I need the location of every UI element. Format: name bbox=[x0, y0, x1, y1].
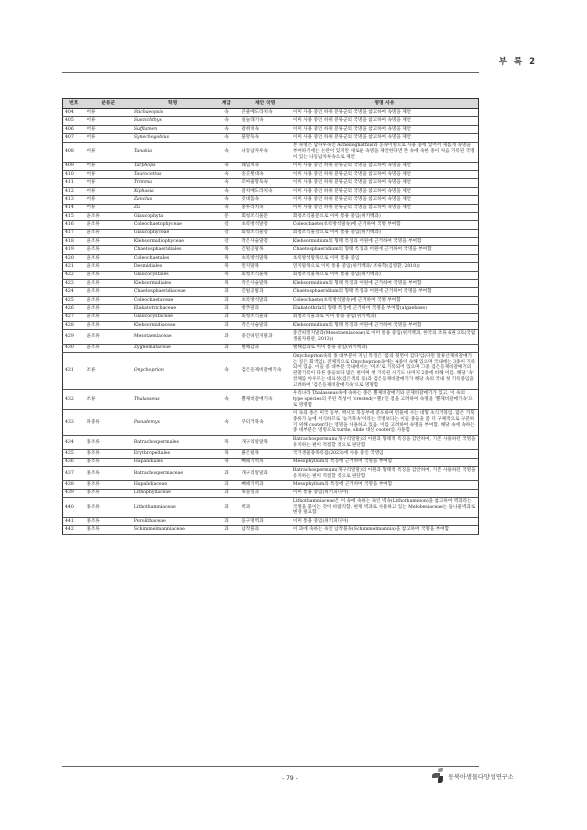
row-korean-name: 개구리알말목 bbox=[239, 436, 291, 450]
row-rank: 속 bbox=[214, 134, 240, 142]
row-number: 435 bbox=[63, 450, 85, 458]
row-scientific-name: Porolithaceae bbox=[132, 518, 214, 526]
organization-name: 동북아생물다양성연구소 bbox=[448, 772, 514, 781]
row-group: 윤조류 bbox=[85, 263, 132, 271]
row-rank: 속 bbox=[214, 410, 240, 436]
row-reason: 중간띠먼지말과(Mesotaeniaceae)로 이미 통용 중임(위키백과, … bbox=[291, 330, 479, 344]
row-reason: 먼지말목으로 이미 통용 중임(위키백과/ 조류학(김영환, 2010)) bbox=[291, 263, 479, 271]
row-scientific-name: Mesotaeniaceae bbox=[132, 330, 214, 344]
row-reason: 초록방석말목으로 이미 통용 중임 bbox=[291, 254, 479, 262]
row-number: 438 bbox=[63, 481, 85, 489]
row-number: 431 bbox=[63, 352, 85, 389]
row-reason: 이미 통용 중임(위키피디아) bbox=[291, 489, 479, 497]
row-reason: 이미 사용 중인 하위 분류군의 국명을 참고하여 속명을 제안 bbox=[291, 170, 479, 178]
row-scientific-name: Zygnemataceae bbox=[132, 344, 214, 352]
table-row: 431조류Onychoprion속검은등제비갈매기속Onychoprion속의 … bbox=[63, 352, 479, 389]
row-korean-name: 방추말과 bbox=[239, 305, 291, 313]
row-number: 429 bbox=[63, 330, 85, 344]
table-row: 414어류Zu속홍투라치속이미 사용 중인 하위 분류군의 국명을 참고하여 속… bbox=[63, 204, 479, 212]
row-group: 윤조류 bbox=[85, 254, 132, 262]
row-korean-name: 갈쥐치속 bbox=[239, 125, 291, 133]
row-group: 홍조류 bbox=[85, 518, 132, 526]
row-reason: 이미 사용 중인 하위 분류군의 국명을 참고하여 속명을 제안 bbox=[291, 196, 479, 204]
row-reason: 이미 사용 중인 하위 분류군의 국명을 참고하여 속명을 제안 bbox=[291, 125, 479, 133]
table-row: 429윤조류Mesotaeniaceae과중간띠먼지말과중간띠먼지말과(Meso… bbox=[63, 330, 479, 344]
row-rank: 과 bbox=[214, 344, 240, 352]
row-scientific-name: Klebsormidiaceae bbox=[132, 321, 214, 329]
row-rank: 목 bbox=[214, 246, 240, 254]
row-korean-name: 개구리알말과 bbox=[239, 467, 291, 481]
col-rank: 계급 bbox=[214, 99, 240, 109]
row-rank: 목 bbox=[214, 436, 240, 450]
row-scientific-name: Schimmelmanniaceae bbox=[132, 526, 214, 534]
row-group: 홍조류 bbox=[85, 481, 132, 489]
row-korean-name: 작은사슬말목 bbox=[239, 280, 291, 288]
row-reason: Klebsormidium의 형태 특징과 어원에 근거하여 국명을 부여함 bbox=[291, 238, 479, 246]
table-row: 441홍조류Porolithaceae과돌구멍벽과이미 통용 중임(위키피디아) bbox=[63, 518, 479, 526]
row-number: 422 bbox=[63, 271, 85, 279]
row-number: 427 bbox=[63, 313, 85, 321]
row-rank: 속 bbox=[214, 142, 240, 162]
row-number: 404 bbox=[63, 109, 85, 117]
row-scientific-name: Desmidiales bbox=[132, 263, 214, 271]
row-rank: 과 bbox=[214, 296, 240, 304]
row-group: 윤조류 bbox=[85, 246, 132, 254]
table-row: 437홍조류Batrachospermaceae과개구리알말과Batrachos… bbox=[63, 467, 479, 481]
row-group: 윤조류 bbox=[85, 305, 132, 313]
row-group: 홍조류 bbox=[85, 436, 132, 450]
table-row: 405어류Suezichthys속실놀래기속이미 사용 중인 하위 분류군의 국… bbox=[63, 117, 479, 125]
row-group: 윤조류 bbox=[85, 344, 132, 352]
row-number: 410 bbox=[63, 170, 85, 178]
col-group: 분류군 bbox=[85, 99, 132, 109]
row-reason: 이미 사용 중인 하위 분류군의 국명을 참고하여 속명을 제안 bbox=[291, 134, 479, 142]
row-group: 조류 bbox=[85, 390, 132, 410]
row-reason: 회청조식물강으로 이미 통용 중임(위키백과) bbox=[291, 229, 479, 237]
row-number: 423 bbox=[63, 280, 85, 288]
row-group: 윤조류 bbox=[85, 221, 132, 229]
row-rank: 목 bbox=[214, 271, 240, 279]
row-scientific-name: Taurocottus bbox=[132, 170, 214, 178]
row-number: 408 bbox=[63, 142, 85, 162]
row-korean-name: 회청조식물문 bbox=[239, 212, 291, 220]
row-number: 426 bbox=[63, 305, 85, 313]
row-korean-name: 혹돌잎과 bbox=[239, 489, 291, 497]
row-reason: 이미 사용 중인 하위 분류군의 국명을 참고하여 속명을 제안 bbox=[291, 187, 479, 195]
row-number: 412 bbox=[63, 187, 85, 195]
row-korean-name: 먼지말목 bbox=[239, 263, 291, 271]
table-row: 406어류Sufflamen속갈쥐치속이미 사용 중인 하위 분류군의 국명을 … bbox=[63, 125, 479, 133]
row-group: 윤조류 bbox=[85, 280, 132, 288]
row-scientific-name: Coleochaetales bbox=[132, 254, 214, 262]
row-number: 414 bbox=[63, 204, 85, 212]
row-group: 윤조류 bbox=[85, 271, 132, 279]
row-reason: Chaetosphaeridium의 형태 특징과 어원에 근거하여 국명을 부… bbox=[291, 288, 479, 296]
row-number: 413 bbox=[63, 196, 85, 204]
row-rank: 과 bbox=[214, 313, 240, 321]
row-korean-name: 깃대돔속 bbox=[239, 196, 291, 204]
row-scientific-name: Chaetosphaeridiales bbox=[132, 246, 214, 254]
row-reason: Klebsormidium의 형태 특징과 어원에 근거하여 국명을 부여함 bbox=[291, 280, 479, 288]
row-scientific-name: Onychoprion bbox=[132, 352, 214, 389]
table-row: 439홍조류Lithophyllaceae과혹돌잎과이미 통용 중임(위키피디아… bbox=[63, 489, 479, 497]
row-scientific-name: Lithothamniaceae bbox=[132, 498, 214, 518]
row-korean-name: 중간띠먼지말과 bbox=[239, 330, 291, 344]
row-group: 윤조류 bbox=[85, 321, 132, 329]
row-rank: 과 bbox=[214, 305, 240, 313]
row-korean-name: 회청조식물강 bbox=[239, 229, 291, 237]
row-group: 윤조류 bbox=[85, 238, 132, 246]
row-reason: Coleochaete(초록방석말속)에 근거하여 국명 부여함 bbox=[291, 296, 479, 304]
table-row: 418윤조류Klebsormidiophyceae강작은사슬말강Klebsorm… bbox=[63, 238, 479, 246]
row-number: 406 bbox=[63, 125, 85, 133]
row-scientific-name: Glaucophyta bbox=[132, 212, 214, 220]
row-rank: 속 bbox=[214, 179, 240, 187]
row-rank: 강 bbox=[214, 238, 240, 246]
row-number: 437 bbox=[63, 467, 85, 481]
row-scientific-name: Coleochaetophyceae bbox=[132, 221, 214, 229]
row-reason: Batrachospermum(개구리알말)의 어원과 형태적 특징을 감안하여… bbox=[291, 436, 479, 450]
row-number: 425 bbox=[63, 296, 85, 304]
table-row: 427윤조류Glaucocystaceae과회청조식물과회청조식물과로 이미 통… bbox=[63, 313, 479, 321]
table-row: 410어류Taurocottus속송곳횟대속이미 사용 중인 하위 분류군의 국… bbox=[63, 170, 479, 178]
row-group: 홍조류 bbox=[85, 450, 132, 458]
row-scientific-name: Suezichthys bbox=[132, 117, 214, 125]
table-row: 424윤조류Chaetosphaeridiaceae과긴털공말과Chaetosp… bbox=[63, 288, 479, 296]
row-number: 407 bbox=[63, 134, 85, 142]
row-reason: 이미 사용 중인 하위 분류군의 국명을 참고하여 속명을 제안 bbox=[291, 109, 479, 117]
row-reason: 본 속명은 납자루속인 Acheilognathus와 동속이명으로 사용 중에… bbox=[291, 142, 479, 162]
row-korean-name: 뿔제비갈매기속 bbox=[239, 390, 291, 410]
row-rank: 과 bbox=[214, 321, 240, 329]
row-rank: 과 bbox=[214, 467, 240, 481]
row-korean-name: 홍투라치속 bbox=[239, 204, 291, 212]
row-scientific-name: Batrachospermales bbox=[132, 436, 214, 450]
row-korean-name: 초록방석말목 bbox=[239, 254, 291, 262]
row-group: 어류 bbox=[85, 142, 132, 162]
row-rank: 목 bbox=[214, 263, 240, 271]
row-korean-name: 긴털공말과 bbox=[239, 288, 291, 296]
section-label: 부 록 2 bbox=[499, 55, 537, 67]
row-rank: 과 bbox=[214, 489, 240, 497]
row-rank: 속 bbox=[214, 196, 240, 204]
row-scientific-name: Synechogobius bbox=[132, 134, 214, 142]
row-number: 411 bbox=[63, 179, 85, 187]
row-number: 442 bbox=[63, 526, 85, 534]
row-group: 파충류 bbox=[85, 410, 132, 436]
row-number: 417 bbox=[63, 229, 85, 237]
row-rank: 목 bbox=[214, 254, 240, 262]
row-korean-name: 초록방석말강 bbox=[239, 221, 291, 229]
row-korean-name: 갈치베도라치속 bbox=[239, 187, 291, 195]
row-group: 어류 bbox=[85, 170, 132, 178]
table-row: 422윤조류Glaucocystales목회청조식물목회청조식물목으로 이미 통… bbox=[63, 271, 479, 279]
table-row: 419윤조류Chaetosphaeridiales목긴털공말목Chaetosph… bbox=[63, 246, 479, 254]
table-row: 407어류Synechogobius속풀망둑속이미 사용 중인 하위 분류군의 … bbox=[63, 134, 479, 142]
row-korean-name: 실놀래기속 bbox=[239, 117, 291, 125]
row-number: 440 bbox=[63, 498, 85, 518]
row-rank: 속 bbox=[214, 170, 240, 178]
row-reason: 이미 사용 중인 하위 분류군의 국명을 참고하여 속명을 제안 bbox=[291, 204, 479, 212]
row-rank: 속 bbox=[214, 109, 240, 117]
row-group: 홍조류 bbox=[85, 467, 132, 481]
row-group: 어류 bbox=[85, 179, 132, 187]
row-number: 441 bbox=[63, 518, 85, 526]
row-reason: 이미 사용 중인 하위 분류군의 국명을 참고하여 속명을 제안 bbox=[291, 179, 479, 187]
row-rank: 속 bbox=[214, 352, 240, 389]
row-rank: 과 bbox=[214, 518, 240, 526]
row-korean-name: 뻬떼기벽목 bbox=[239, 458, 291, 466]
row-scientific-name: Glaucophyceae bbox=[132, 229, 214, 237]
table-header-row: 번호 분류군 학명 계급 제안 국명 명명 사유 bbox=[63, 99, 479, 109]
table-row: 408어류Tanakia속나동납자루속본 속명은 납자루속인 Acheilogn… bbox=[63, 142, 479, 162]
row-reason: Coleochaete(초록방석말속)에 근거하여 국명 부여함 bbox=[291, 221, 479, 229]
row-reason: Chaetosphaeridium의 형태 특징과 어원에 근거하여 국명을 부… bbox=[291, 246, 479, 254]
row-rank: 목 bbox=[214, 280, 240, 288]
row-group: 홍조류 bbox=[85, 498, 132, 518]
row-group: 어류 bbox=[85, 187, 132, 195]
row-group: 홍조류 bbox=[85, 526, 132, 534]
row-reason: Mesophyllum의 특징에 근거하여 국명을 부여함 bbox=[291, 458, 479, 466]
row-scientific-name: Tanakia bbox=[132, 142, 214, 162]
row-korean-name: 쿠터거북속 bbox=[239, 410, 291, 436]
row-korean-name: 작은사슬말과 bbox=[239, 321, 291, 329]
row-korean-name: 송곳횟대속 bbox=[239, 170, 291, 178]
row-scientific-name: Coleochaetaceae bbox=[132, 296, 214, 304]
row-rank: 과 bbox=[214, 526, 240, 534]
row-reason: 국가생물종목록집(2023)에 사용 중인 국명임 bbox=[291, 450, 479, 458]
row-korean-name: 붉은털목 bbox=[239, 450, 291, 458]
row-korean-name: 풀망둑속 bbox=[239, 134, 291, 142]
col-naming-reason: 명명 사유 bbox=[291, 99, 479, 109]
row-korean-name: 큰줄베도라치속 bbox=[239, 109, 291, 117]
row-scientific-name: Thalasseus bbox=[132, 390, 214, 410]
row-scientific-name: Glaucocystaceae bbox=[132, 313, 214, 321]
table-row: 433파충류Pseudemys속쿠터거북속이 속의 종은 미국 동부, 멕시코 … bbox=[63, 410, 479, 436]
row-number: 418 bbox=[63, 238, 85, 246]
row-scientific-name: Xiphasia bbox=[132, 187, 214, 195]
row-rank: 목 bbox=[214, 450, 240, 458]
footer-divider bbox=[62, 766, 479, 767]
table-row: 411어류Trimma속꼬마줄망둑속이미 사용 중인 하위 분류군의 국명을 참… bbox=[63, 179, 479, 187]
row-korean-name: 별해감과 bbox=[239, 344, 291, 352]
row-rank: 강 bbox=[214, 229, 240, 237]
row-korean-name: 긴털공말목 bbox=[239, 246, 291, 254]
row-scientific-name: Tarphops bbox=[132, 162, 214, 170]
col-number: 번호 bbox=[63, 99, 85, 109]
table-row: 426윤조류Elakatotrichaceae과방추말과Elakatothrix… bbox=[63, 305, 479, 313]
table-row: 412어류Xiphasia속갈치베도라치속이미 사용 중인 하위 분류군의 국명… bbox=[63, 187, 479, 195]
species-name-table: 번호 분류군 학명 계급 제안 국명 명명 사유 404어류Stichaeops… bbox=[62, 98, 479, 535]
table-row: 432조류Thalasseus속뿔제비갈매기속우리나라 Thalasseus속에… bbox=[63, 390, 479, 410]
row-scientific-name: Sufflamen bbox=[132, 125, 214, 133]
row-reason: Lithothamniaceae은 이 속에 속하는 속인 벽속(Lithoth… bbox=[291, 498, 479, 518]
row-scientific-name: Klebsormidiophyceae bbox=[132, 238, 214, 246]
row-korean-name: 돌구멍벽과 bbox=[239, 518, 291, 526]
table-row: 415윤조류Glaucophyta문회청조식물문회청조식물문으로 이미 통용 중… bbox=[63, 212, 479, 220]
row-scientific-name: Chaetosphaeridiaceae bbox=[132, 288, 214, 296]
row-reason: 별해감과로 이미 통용 중임(위키백과) bbox=[291, 344, 479, 352]
row-group: 홍조류 bbox=[85, 489, 132, 497]
table-row: 423윤조류Klebsormidiales목작은사슬말목Klebsormidiu… bbox=[63, 280, 479, 288]
row-reason: Mesophyllum의 특징에 근거하여 국명을 부여함 bbox=[291, 481, 479, 489]
row-reason: 이미 사용 중인 하위 분류군의 국명을 참고하여 속명을 제안 bbox=[291, 162, 479, 170]
row-rank: 과 bbox=[214, 498, 240, 518]
row-korean-name: 회청조식물과 bbox=[239, 313, 291, 321]
row-rank: 속 bbox=[214, 117, 240, 125]
row-korean-name: 나동납자루속 bbox=[239, 142, 291, 162]
row-rank: 속 bbox=[214, 204, 240, 212]
row-scientific-name: Glaucocystales bbox=[132, 271, 214, 279]
row-group: 윤조류 bbox=[85, 229, 132, 237]
row-group: 어류 bbox=[85, 125, 132, 133]
table-row: 430윤조류Zygnemataceae과별해감과별해감과로 이미 통용 중임(위… bbox=[63, 344, 479, 352]
row-scientific-name: Erythropeltales bbox=[132, 450, 214, 458]
row-rank: 속 bbox=[214, 187, 240, 195]
table-row: 413어류Zanclus속깃대돔속이미 사용 중인 하위 분류군의 국명을 참고… bbox=[63, 196, 479, 204]
row-number: 416 bbox=[63, 221, 85, 229]
row-korean-name: 검은등제비갈매기속 bbox=[239, 352, 291, 389]
table-row: 404어류Stichaeopsis속큰줄베도라치속이미 사용 중인 하위 분류군… bbox=[63, 109, 479, 117]
row-rank: 속 bbox=[214, 390, 240, 410]
table-row: 417윤조류Glaucophyceae강회청조식물강회청조식물강으로 이미 통용… bbox=[63, 229, 479, 237]
row-scientific-name: Klebsormidiales bbox=[132, 280, 214, 288]
row-rank: 목 bbox=[214, 458, 240, 466]
header-divider bbox=[62, 72, 479, 73]
row-reason: 회청조식물문으로 이미 통용 중임(위키백과) bbox=[291, 212, 479, 220]
row-rank: 강 bbox=[214, 221, 240, 229]
row-reason: Batrachospermum(개구리알말)의 어원과 형태적 특징을 감안하여… bbox=[291, 467, 479, 481]
row-reason: 이 과에 속하는 속인 납작풀속(Schimmelmannia)을 참고하여 국… bbox=[291, 526, 479, 534]
row-number: 424 bbox=[63, 288, 85, 296]
row-scientific-name: Trimma bbox=[132, 179, 214, 187]
row-korean-name: 벽과 bbox=[239, 498, 291, 518]
row-scientific-name: Pseudemys bbox=[132, 410, 214, 436]
row-number: 421 bbox=[63, 263, 85, 271]
table-row: 436홍조류Hapalidiales목뻬떼기벽목Mesophyllum의 특징에… bbox=[63, 458, 479, 466]
table-row: 425윤조류Coleochaetaceae과초록방석말과Coleochaete(… bbox=[63, 296, 479, 304]
row-reason: 우리나라 Thalasseus속에 속하는 종은 뿔제비갈매기와 큰제비갈매기가… bbox=[291, 390, 479, 410]
row-number: 434 bbox=[63, 436, 85, 450]
row-group: 홍조류 bbox=[85, 458, 132, 466]
row-number: 433 bbox=[63, 410, 85, 436]
table-body: 404어류Stichaeopsis속큰줄베도라치속이미 사용 중인 하위 분류군… bbox=[63, 109, 479, 535]
row-korean-name: 작은사슬말강 bbox=[239, 238, 291, 246]
leaf-logo-icon bbox=[432, 768, 446, 784]
col-proposed-korean-name: 제안 국명 bbox=[239, 99, 291, 109]
row-group: 윤조류 bbox=[85, 330, 132, 344]
table-row: 420윤조류Coleochaetales목초록방석말목초록방석말목으로 이미 통… bbox=[63, 254, 479, 262]
table-row: 428윤조류Klebsormidiaceae과작은사슬말과Klebsormidi… bbox=[63, 321, 479, 329]
row-reason: 이 속의 종은 미국 동부, 멕시코 북동부에 분포하며 민물에 사는 대형 초… bbox=[291, 410, 479, 436]
row-scientific-name: Zu bbox=[132, 204, 214, 212]
row-rank: 과 bbox=[214, 288, 240, 296]
row-reason: 이미 사용 중인 하위 분류군의 국명을 참고하여 속명을 제안 bbox=[291, 117, 479, 125]
row-number: 420 bbox=[63, 254, 85, 262]
row-group: 윤조류 bbox=[85, 288, 132, 296]
row-group: 윤조류 bbox=[85, 212, 132, 220]
row-scientific-name: Stichaeopsis bbox=[132, 109, 214, 117]
table-row: 440홍조류Lithothamniaceae과벽과Lithothamniacea… bbox=[63, 498, 479, 518]
table-row: 434홍조류Batrachospermales목개구리알말목Batrachosp… bbox=[63, 436, 479, 450]
row-korean-name: 초록방석말과 bbox=[239, 296, 291, 304]
row-rank: 속 bbox=[214, 162, 240, 170]
table-row: 416윤조류Coleochaetophyceae강초록방석말강Coleochae… bbox=[63, 221, 479, 229]
row-scientific-name: Hapalidiales bbox=[132, 458, 214, 466]
row-number: 436 bbox=[63, 458, 85, 466]
row-rank: 과 bbox=[214, 481, 240, 489]
row-scientific-name: Zanclus bbox=[132, 196, 214, 204]
row-group: 어류 bbox=[85, 134, 132, 142]
row-number: 405 bbox=[63, 117, 85, 125]
row-rank: 속 bbox=[214, 125, 240, 133]
col-scientific-name: 학명 bbox=[132, 99, 214, 109]
page-number: - 79 - bbox=[282, 775, 298, 782]
row-scientific-name: Lithophyllaceae bbox=[132, 489, 214, 497]
row-group: 어류 bbox=[85, 204, 132, 212]
row-group: 어류 bbox=[85, 162, 132, 170]
row-number: 430 bbox=[63, 344, 85, 352]
row-reason: Klebsormidium의 형태 특징과 어원에 근거하여 국명을 부여함 bbox=[291, 321, 479, 329]
row-reason: Elakatothrix의 형태 특징에 근거하여 국명을 부여함(algaeb… bbox=[291, 305, 479, 313]
row-number: 409 bbox=[63, 162, 85, 170]
row-scientific-name: Batrachospermaceae bbox=[132, 467, 214, 481]
row-korean-name: 납작풀과 bbox=[239, 526, 291, 534]
row-group: 어류 bbox=[85, 109, 132, 117]
row-number: 439 bbox=[63, 489, 85, 497]
row-reason: 회청조식물목으로 이미 통용 중임(위키백과) bbox=[291, 271, 479, 279]
row-group: 조류 bbox=[85, 352, 132, 389]
row-korean-name: 회청조식물목 bbox=[239, 271, 291, 279]
row-rank: 과 bbox=[214, 330, 240, 344]
table-row: 438홍조류Hapalidiaceae과뻬떼기벽과Mesophyllum의 특징… bbox=[63, 481, 479, 489]
row-reason: 이미 통용 중임(위키피디아) bbox=[291, 518, 479, 526]
row-group: 어류 bbox=[85, 117, 132, 125]
row-number: 432 bbox=[63, 390, 85, 410]
table-row: 409어류Tarphops속왜넙치속이미 사용 중인 하위 분류군의 국명을 참… bbox=[63, 162, 479, 170]
table-row: 435홍조류Erythropeltales목붉은털목국가생물종목록집(2023)… bbox=[63, 450, 479, 458]
row-korean-name: 꼬마줄망둑속 bbox=[239, 179, 291, 187]
organization-logo: 동북아생물다양성연구소 bbox=[432, 768, 514, 784]
table-row: 421윤조류Desmidiales목먼지말목먼지말목으로 이미 통용 중임(위키… bbox=[63, 263, 479, 271]
row-korean-name: 뻬떼기벽과 bbox=[239, 481, 291, 489]
row-scientific-name: Hapalidiaceae bbox=[132, 481, 214, 489]
row-group: 윤조류 bbox=[85, 313, 132, 321]
row-group: 어류 bbox=[85, 196, 132, 204]
table-row: 442홍조류Schimmelmanniaceae과납작풀과이 과에 속하는 속인… bbox=[63, 526, 479, 534]
row-number: 415 bbox=[63, 212, 85, 220]
row-group: 윤조류 bbox=[85, 296, 132, 304]
row-reason: 회청조식물과로 이미 통용 중임(위키백과) bbox=[291, 313, 479, 321]
row-rank: 문 bbox=[214, 212, 240, 220]
row-number: 419 bbox=[63, 246, 85, 254]
row-scientific-name: Elakatotrichaceae bbox=[132, 305, 214, 313]
row-reason: Onychoprion속의 종 대부분이 지닌 특징은 '몸의 윗면이 검다'임… bbox=[291, 352, 479, 389]
row-korean-name: 왜넙치속 bbox=[239, 162, 291, 170]
row-number: 428 bbox=[63, 321, 85, 329]
